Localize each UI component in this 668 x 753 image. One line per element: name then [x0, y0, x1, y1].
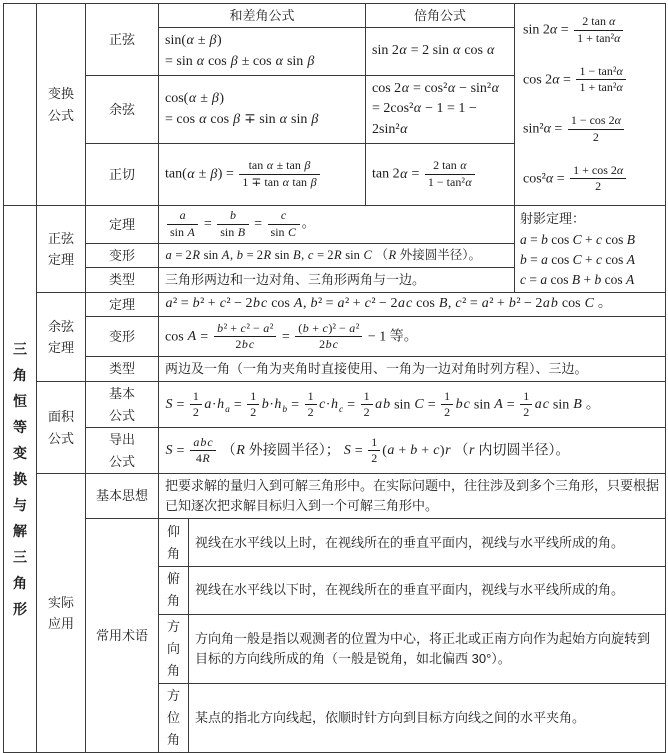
formula-tangent-sum-diff: tan(α ± β) = tan α ± tan β1 ∓ tan α tan …	[159, 144, 366, 206]
universal-identity-cos-squared: cos²α = 1 + cos 2α2	[523, 163, 665, 195]
formula-sine-sum-diff: sin(α ± β)= sin α cos β ± cos α sin β	[159, 28, 366, 76]
term-label-elevation-angle: 仰角	[159, 519, 189, 567]
row-label-cosine-variant: 变形	[86, 317, 159, 357]
text-depression-angle: 视线在水平线以下时，在视线所在的垂直平面内，视线与水平线所成的角。	[189, 567, 666, 614]
row-label-basic-idea: 基本思想	[86, 474, 159, 519]
text-sine-types: 三角形两边和一边对角、三角形两角与一边。	[159, 268, 515, 293]
group-cosine-rule: 余弦定理	[37, 293, 86, 382]
group-area-formulas: 面积公式	[37, 382, 86, 474]
text-elevation-angle: 视线在水平线以上时，在视线所在的垂直平面内，视线与水平线所成的角。	[189, 519, 666, 567]
basic-formula-label: 基本公式	[107, 383, 137, 426]
column-header-sum-diff: 和差角公式	[159, 4, 366, 28]
group-practical-application: 实际应用	[37, 474, 86, 753]
group-transform-label: 变换公式	[46, 83, 76, 126]
formula-tangent-double: tan 2α = 2 tan α1 − tan²α	[366, 144, 515, 206]
formula-cosine-double: cos 2α = cos²α − sin²α= 2cos²α − 1 = 1 −…	[366, 76, 515, 144]
formula-area-basic: S = 12a·ha = 12b·hb = 12c·hc = 12ab sin …	[159, 382, 666, 428]
table-row: 变形 cos A = b² + c² − a²2bc = (b + c)² − …	[4, 317, 666, 357]
row-label-derived-formula: 导出公式	[86, 428, 159, 474]
row-label-sine-theorem: 定理	[86, 206, 159, 244]
table-row: 实际应用 基本思想 把要求解的量归入到可解三角形中。在实际问题中，往往涉及到多个…	[4, 474, 666, 519]
row-label-sine-variant: 变形	[86, 244, 159, 268]
corner-cell	[4, 4, 37, 206]
projection-theorem-line-a: a = b cos C + c cos B	[520, 230, 660, 250]
projection-theorem-line-c: c = a cos B + b cos A	[520, 270, 660, 290]
table-row: 导出公式 S = abc4R （R 外接圆半径）； S = 12(a + b +…	[4, 428, 666, 474]
text-basic-idea: 把要求解的量归入到可解三角形中。在实际问题中，往往涉及到多个三角形，只要根据已知…	[159, 474, 666, 519]
row-label-cosine-theorem: 定理	[86, 293, 159, 317]
reference-table: 变换公式 正弦 和差角公式 倍角公式 sin 2α = 2 tan α1 + t…	[3, 3, 666, 753]
universal-identities-list: sin 2α = 2 tan α1 + tan²α cos 2α = 1 − t…	[523, 6, 665, 204]
formula-sine-theorem: asin A = bsin B = csin C。	[159, 206, 515, 244]
row-label-sine-types: 类型	[86, 268, 159, 293]
math-reference-sheet: 变换公式 正弦 和差角公式 倍角公式 sin 2α = 2 tan α1 + t…	[0, 0, 668, 722]
column-header-double-angle: 倍角公式	[366, 4, 515, 28]
formula-area-derived: S = abc4R （R 外接圆半径）； S = 12(a + b + c)r …	[159, 428, 666, 474]
depression-angle-label: 俯角	[166, 568, 181, 612]
row-label-cosine: 余弦	[86, 76, 159, 144]
formula-cosine-variant: cos A = b² + c² − a²2bc = (b + c)² − a²2…	[159, 317, 666, 357]
term-label-azimuth-angle: 方位角	[159, 683, 189, 752]
group-transform-formulas: 变换公式	[37, 4, 86, 206]
universal-identity-cos2a: cos 2α = 1 − tan²α1 + tan²α	[523, 64, 665, 96]
direction-angle-label: 方向角	[166, 616, 181, 682]
projection-theorem-line-b: b = a cos C + c cos A	[520, 250, 660, 270]
formula-sine-double: sin 2α = 2 sin α cos α	[366, 28, 515, 76]
row-label-basic-formula: 基本公式	[86, 382, 159, 428]
term-label-direction-angle: 方向角	[159, 614, 189, 683]
group-sine-rule: 正弦定理	[37, 206, 86, 293]
table-row: 余弦定理 定理 a² = b² + c² − 2bc cos A, b² = a…	[4, 293, 666, 317]
row-label-sine: 正弦	[86, 4, 159, 76]
table-row: 面积公式 基本公式 S = 12a·ha = 12b·hb = 12c·hc =…	[4, 382, 666, 428]
text-azimuth-angle: 某点的指北方向线起，依顺时针方向到目标方向线之间的水平夹角。	[189, 683, 666, 752]
text-cosine-types: 两边及一角（一角为夹角时直接使用、一角为一边对角时列方程）、三边。	[159, 357, 666, 382]
formula-cosine-theorem: a² = b² + c² − 2bc cos A, b² = a² + c² −…	[159, 293, 666, 317]
group-area-label: 面积公式	[46, 406, 76, 449]
universal-identity-sin2a: sin 2α = 2 tan α1 + tan²α	[523, 14, 665, 46]
projection-theorem-cell: 射影定理： a = b cos C + c cos B b = a cos C …	[515, 206, 666, 293]
elevation-angle-label: 仰角	[166, 521, 181, 565]
row-label-cosine-types: 类型	[86, 357, 159, 382]
table-row: 三角恒等变换与解三角形 正弦定理 定理 asin A = bsin B = cs…	[4, 206, 666, 244]
text-direction-angle: 方向角一般是指以观测者的位置为中心，将正北或正南方向作为起始方向旋转到目标的方向…	[189, 614, 666, 683]
term-label-depression-angle: 俯角	[159, 567, 189, 614]
universal-identities-cell: sin 2α = 2 tan α1 + tan²α cos 2α = 1 − t…	[515, 4, 666, 206]
row-label-tangent: 正切	[86, 144, 159, 206]
table-row: 常用术语 仰角 视线在水平线以上时，在视线所在的垂直平面内，视线与水平线所成的角…	[4, 519, 666, 567]
azimuth-angle-label: 方位角	[166, 685, 181, 751]
table-row: 类型 两边及一角（一角为夹角时直接使用、一角为一边对角时列方程）、三边。	[4, 357, 666, 382]
vertical-section-title: 三角恒等变换与解三角形	[4, 206, 37, 753]
universal-identity-sin-squared: sin²α = 1 − cos 2α2	[523, 113, 665, 145]
formula-cosine-sum-diff: cos(α ± β)= cos α cos β ∓ sin α sin β	[159, 76, 366, 144]
group-cosine-rule-label: 余弦定理	[46, 316, 76, 359]
group-practical-application-label: 实际应用	[46, 592, 76, 635]
group-sine-rule-label: 正弦定理	[46, 228, 76, 271]
formula-sine-variant: a = 2R sin A, b = 2R sin B, c = 2R sin C…	[159, 244, 515, 268]
row-label-common-terms: 常用术语	[86, 519, 159, 753]
vertical-title-text: 三角恒等变换与解三角形	[12, 336, 28, 622]
projection-theorem-title: 射影定理：	[520, 209, 660, 229]
derived-formula-label: 导出公式	[107, 429, 137, 472]
table-row: 变换公式 正弦 和差角公式 倍角公式 sin 2α = 2 tan α1 + t…	[4, 4, 666, 28]
